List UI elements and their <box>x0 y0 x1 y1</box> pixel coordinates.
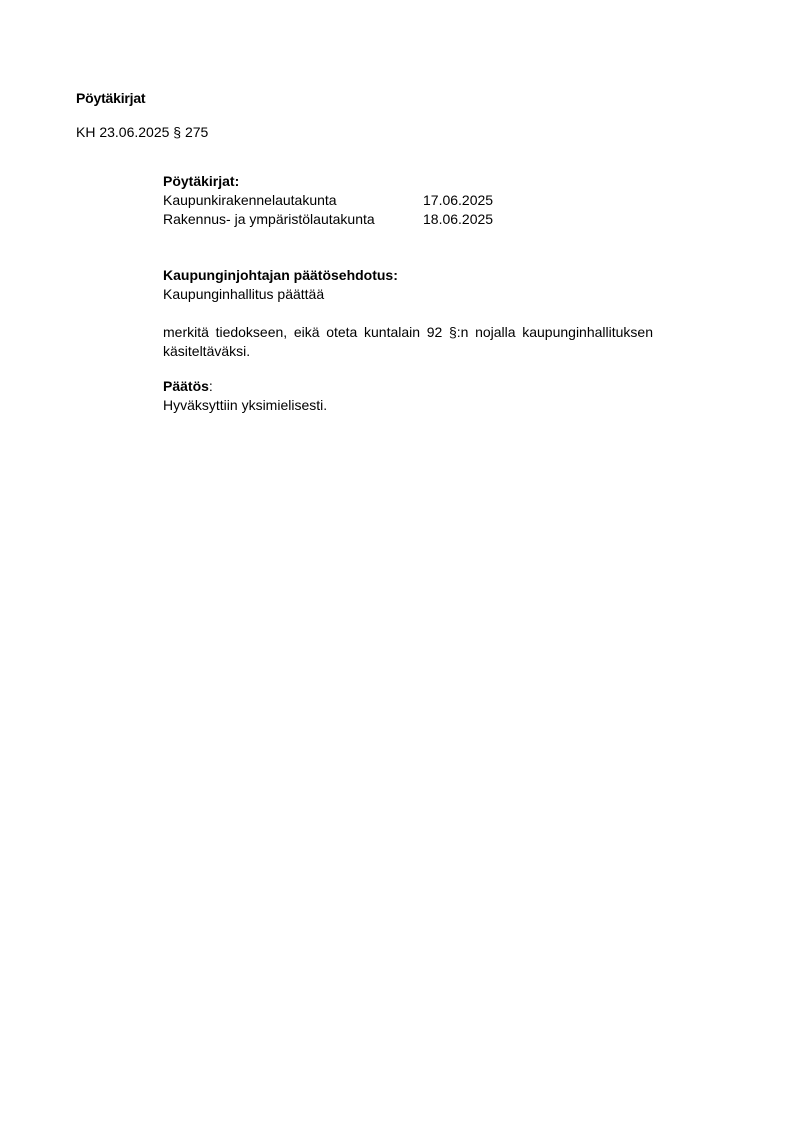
document-title: Pöytäkirjat <box>76 89 145 108</box>
minutes-heading: Pöytäkirjat: <box>163 172 653 191</box>
proposal-heading: Kaupunginjohtajan päätösehdotus: <box>163 266 653 285</box>
meeting-reference: KH 23.06.2025 § 275 <box>76 123 208 142</box>
proposal-section: Kaupunginjohtajan päätösehdotus: Kaupung… <box>163 266 653 361</box>
decision-section: Päätös: Hyväksyttiin yksimielisesti. <box>163 377 653 415</box>
minutes-body-name: Rakennus- ja ympäristölautakunta <box>163 210 423 229</box>
decision-text: Hyväksyttiin yksimielisesti. <box>163 396 653 415</box>
proposal-text: merkitä tiedokseen, eikä oteta kuntalain… <box>163 323 653 361</box>
proposal-intro: Kaupunginhallitus päättää <box>163 285 653 304</box>
minutes-section: Pöytäkirjat: Kaupunkirakennelautakunta 1… <box>163 172 653 229</box>
minutes-body-name: Kaupunkirakennelautakunta <box>163 191 423 210</box>
minutes-date: 18.06.2025 <box>423 210 523 229</box>
decision-heading: Päätös <box>163 378 209 394</box>
decision-heading-line: Päätös: <box>163 377 653 396</box>
minutes-row: Rakennus- ja ympäristölautakunta 18.06.2… <box>163 210 653 229</box>
decision-heading-suffix: : <box>209 378 213 394</box>
minutes-date: 17.06.2025 <box>423 191 523 210</box>
minutes-row: Kaupunkirakennelautakunta 17.06.2025 <box>163 191 653 210</box>
